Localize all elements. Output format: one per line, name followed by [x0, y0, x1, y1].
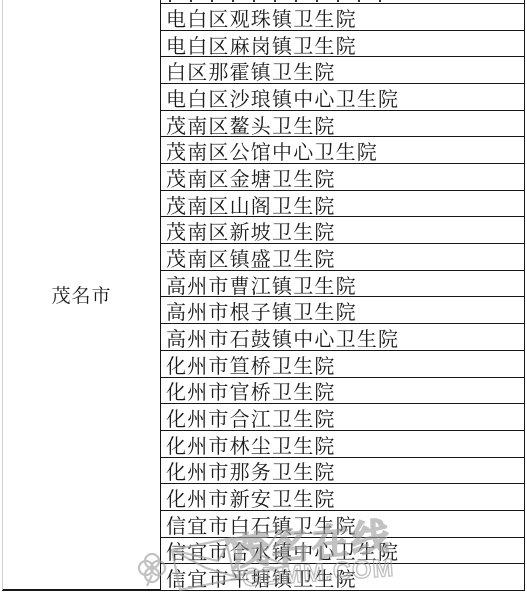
hospital-name: 信宜市平塘镇卫生院 [166, 564, 357, 591]
hospital-name: 茂南区山阁卫生院 [166, 191, 336, 218]
region-label: 茂名市 [51, 281, 111, 308]
hospital-name: 化州市合江卫生院 [166, 404, 336, 431]
table-row: 化州市笪桥卫生院 [161, 351, 524, 378]
table-row: 茂南区公馆中心卫生院 [161, 137, 524, 164]
table-row: 化州市合江卫生院 [161, 404, 524, 431]
hospital-name: 化州市林尘卫生院 [166, 431, 336, 458]
hospital-name: 白区那霍镇卫生院 [166, 57, 336, 84]
table-row: 茂南区山阁卫生院 [161, 191, 524, 218]
hospital-name: 茂南区镇盛卫生院 [166, 244, 336, 271]
hospital-name: 化州市那务卫生院 [166, 458, 336, 485]
table-row: 高州市曹江镇卫生院 [161, 271, 524, 298]
hospital-name: 电白区麻岗镇卫生院 [166, 31, 357, 58]
table-row: 信宜市合水镇中心卫生院 [161, 538, 524, 565]
hospital-name: 高州市石鼓镇中心卫生院 [166, 324, 399, 351]
hospital-name: 茂南区新坡卫生院 [166, 217, 336, 244]
hospital-name: 高州市根子镇卫生院 [166, 297, 357, 324]
table-row: 化州市官桥卫生院 [161, 378, 524, 405]
table-row: 高州市石鼓镇中心卫生院 [161, 324, 524, 351]
table-row: 茂南区鳌头卫生院 [161, 111, 524, 138]
table-row: 信宜市白石镇卫生院 [161, 511, 524, 538]
table-row: 茂南区金塘卫生院 [161, 164, 524, 191]
hospital-name: 信宜市合水镇中心卫生院 [166, 538, 399, 565]
table-row: 化州市林尘卫生院 [161, 431, 524, 458]
table-row: 化州市新安卫生院 [161, 484, 524, 511]
document-page: 茂名市 电白区观珠镇卫生院电白区麻岗镇卫生院白区那霍镇卫生院电白区沙琅镇中心卫生… [0, 0, 527, 595]
hospital-name: 高州市曹江镇卫生院 [166, 271, 357, 298]
table-row: 电白区观珠镇卫生院 [161, 4, 524, 31]
region-cell: 茂名市 [2, 0, 160, 591]
table-row: 电白区麻岗镇卫生院 [161, 31, 524, 58]
table-row: 白区那霍镇卫生院 [161, 57, 524, 84]
hospital-name: 茂南区金塘卫生院 [166, 164, 336, 191]
table-row: 茂南区镇盛卫生院 [161, 244, 524, 271]
hospital-name: 化州市新安卫生院 [166, 484, 336, 511]
hospital-rows: 电白区观珠镇卫生院电白区麻岗镇卫生院白区那霍镇卫生院电白区沙琅镇中心卫生院茂南区… [161, 3, 524, 591]
table-row: 茂南区新坡卫生院 [161, 217, 524, 244]
table-row: 化州市那务卫生院 [161, 458, 524, 485]
table-row: 电白区沙琅镇中心卫生院 [161, 84, 524, 111]
cropped-row-remnant [161, 0, 524, 3]
hospital-name: 茂南区鳌头卫生院 [166, 111, 336, 138]
hospital-name: 电白区观珠镇卫生院 [166, 4, 357, 31]
hospital-name: 化州市笪桥卫生院 [166, 351, 336, 378]
table-row: 信宜市平塘镇卫生院 [161, 564, 524, 591]
table-row: 高州市根子镇卫生院 [161, 297, 524, 324]
hospital-name: 化州市官桥卫生院 [166, 378, 336, 405]
hospital-table: 电白区观珠镇卫生院电白区麻岗镇卫生院白区那霍镇卫生院电白区沙琅镇中心卫生院茂南区… [160, 0, 525, 591]
hospital-name: 电白区沙琅镇中心卫生院 [166, 84, 399, 111]
hospital-name: 茂南区公馆中心卫生院 [166, 137, 378, 164]
hospital-name: 信宜市白石镇卫生院 [166, 511, 357, 538]
cropped-glyph-marks [169, 0, 381, 2]
